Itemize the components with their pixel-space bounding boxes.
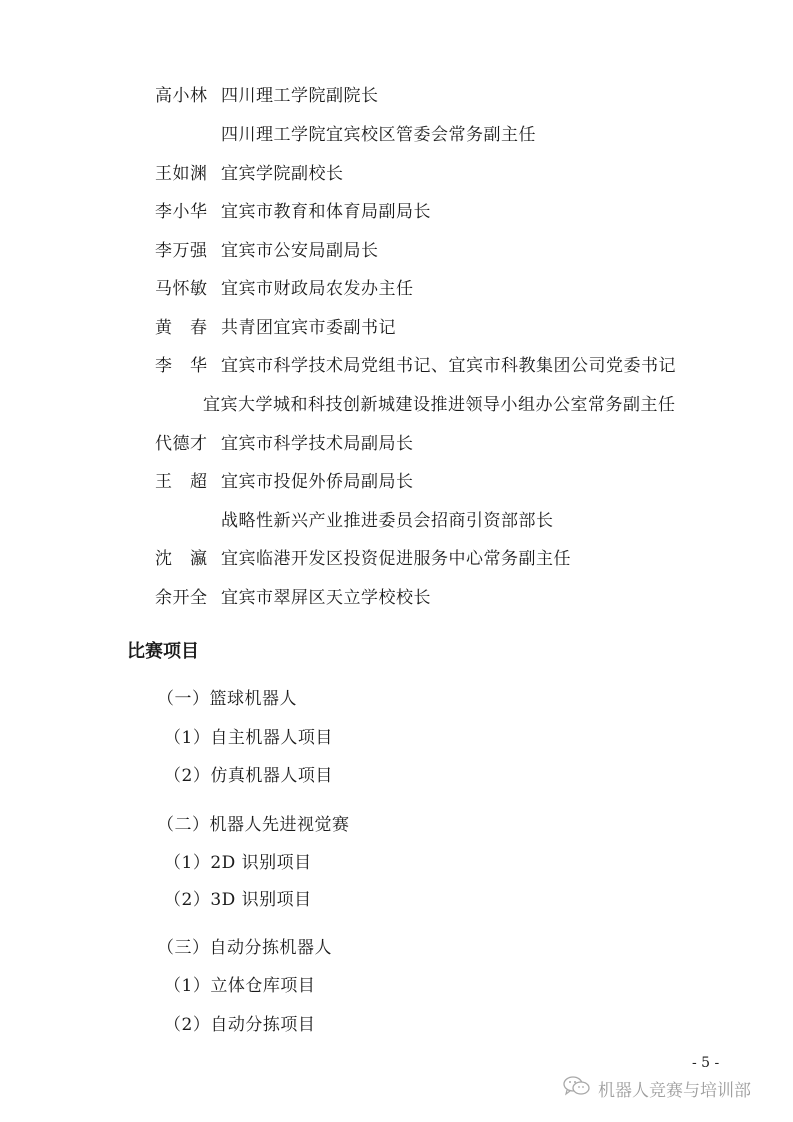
member-name: 王 超 — [155, 471, 221, 493]
watermark: 机器人竞赛与培训部 — [562, 1075, 751, 1102]
category-item: （1）2D 识别项目 — [164, 852, 312, 874]
category-label: （一）篮球机器人 — [157, 688, 297, 710]
member-name: 李万强 — [155, 240, 221, 262]
member-title: 宜宾市科学技术局副局长 — [221, 434, 414, 454]
member-title-continued: 战略性新兴产业推进委员会招商引资部部长 — [221, 510, 554, 532]
member-name: 李 华 — [155, 355, 221, 377]
member-row: 马怀敏宜宾市财政局农发办主任 — [155, 278, 414, 300]
member-title: 宜宾市教育和体育局副局长 — [221, 202, 431, 222]
member-title-continued: 宜宾大学城和科技创新城建设推进领导小组办公室常务副主任 — [203, 394, 676, 416]
watermark-text: 机器人竞赛与培训部 — [598, 1076, 751, 1101]
member-row: 王如渊宜宾学院副校长 — [155, 163, 344, 185]
member-title: 共青团宜宾市委副书记 — [221, 318, 396, 338]
category-label: （三）自动分拣机器人 — [157, 937, 332, 959]
member-name: 代德才 — [155, 433, 221, 455]
page-number: - 5 - — [692, 1055, 719, 1071]
category-item: （1）立体仓库项目 — [164, 975, 315, 997]
member-title: 宜宾市财政局农发办主任 — [221, 279, 414, 299]
category-item: （1）自主机器人项目 — [164, 727, 333, 749]
member-name: 沈 瀛 — [155, 548, 221, 570]
member-name: 王如渊 — [155, 163, 221, 185]
member-title: 宜宾市公安局副局长 — [221, 241, 379, 261]
member-row: 余开全宜宾市翠屏区天立学校校长 — [155, 587, 431, 609]
category-item: （2）自动分拣项目 — [164, 1014, 315, 1036]
member-row: 李 华宜宾市科学技术局党组书记、宜宾市科教集团公司党委书记 — [155, 355, 676, 377]
category-item: （2）3D 识别项目 — [164, 889, 312, 911]
member-row: 黄 春共青团宜宾市委副书记 — [155, 317, 396, 339]
member-title: 宜宾市科学技术局党组书记、宜宾市科教集团公司党委书记 — [221, 356, 676, 376]
member-row: 沈 瀛宜宾临港开发区投资促进服务中心常务副主任 — [155, 548, 571, 570]
member-title: 宜宾市翠屏区天立学校校长 — [221, 588, 431, 608]
member-title-continued: 四川理工学院宜宾校区管委会常务副主任 — [221, 124, 536, 146]
section-heading: 比赛项目 — [127, 640, 199, 664]
member-row: 代德才宜宾市科学技术局副局长 — [155, 433, 414, 455]
category-label: （二）机器人先进视觉赛 — [157, 814, 350, 836]
member-name: 黄 春 — [155, 317, 221, 339]
member-row: 王 超宜宾市投促外侨局副局长 — [155, 471, 414, 493]
member-name: 李小华 — [155, 201, 221, 223]
member-title: 四川理工学院副院长 — [221, 86, 379, 106]
category-item: （2）仿真机器人项目 — [164, 765, 333, 787]
member-row: 高小林四川理工学院副院长 — [155, 85, 379, 107]
member-name: 马怀敏 — [155, 278, 221, 300]
wechat-icon — [562, 1075, 592, 1102]
member-row: 李小华宜宾市教育和体育局副局长 — [155, 201, 431, 223]
member-row: 李万强宜宾市公安局副局长 — [155, 240, 379, 262]
member-name: 余开全 — [155, 587, 221, 609]
member-title: 宜宾临港开发区投资促进服务中心常务副主任 — [221, 549, 571, 569]
member-name: 高小林 — [155, 85, 221, 107]
member-title: 宜宾市投促外侨局副局长 — [221, 472, 414, 492]
member-title: 宜宾学院副校长 — [221, 164, 344, 184]
